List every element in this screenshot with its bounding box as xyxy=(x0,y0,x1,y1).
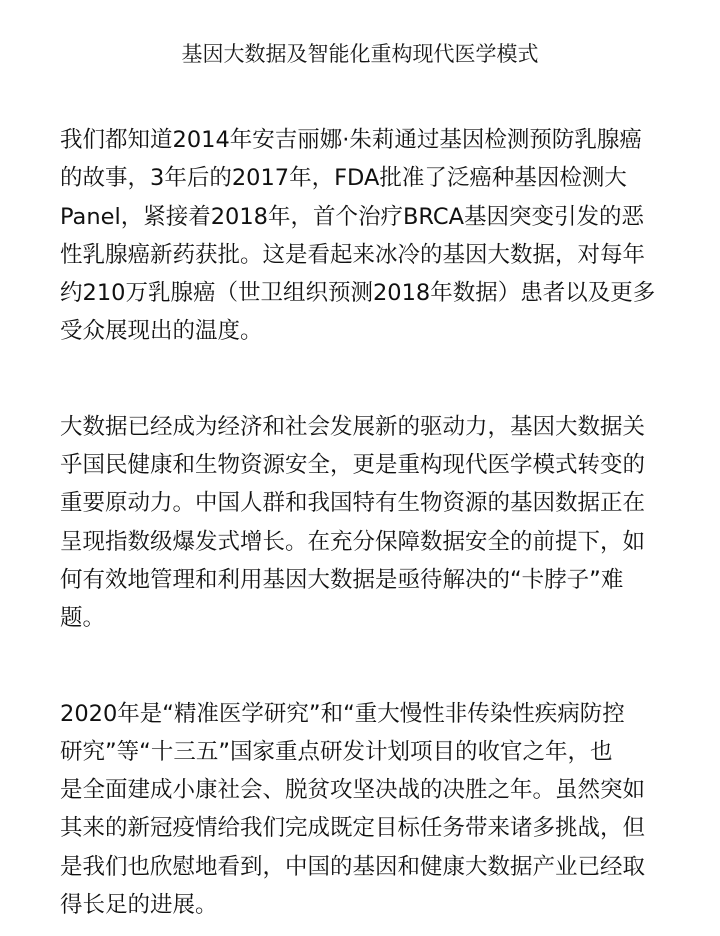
paragraph-2: 大数据已经成为经济和社会发展新的驱动力，基因大数据关 乎国民健康和生物资源安全，… xyxy=(60,408,660,638)
paragraph-line: 大数据已经成为经济和社会发展新的驱动力，基因大数据关 xyxy=(60,408,660,446)
article-body: 我们都知道2014年安吉丽娜·朱莉通过基因检测预防乳腺癌 的故事，3年后的201… xyxy=(60,121,660,924)
paragraph-line: 何有效地管理和利用基因大数据是亟待解决的“卡脖子”难 xyxy=(60,561,660,599)
paragraph-line: 的故事，3年后的2017年，FDA批准了泛癌种基因检测大 xyxy=(60,159,660,197)
article-title: 基因大数据及智能化重构现代医学模式 xyxy=(0,38,720,70)
paragraph-line: 性乳腺癌新药获批。这是看起来冰冷的基因大数据，对每年 xyxy=(60,236,660,274)
paragraph-line: 2020年是“精准医学研究”和“重大慢性非传染性疾病防控 xyxy=(60,695,660,733)
paragraph-line: 是全面建成小康社会、脱贫攻坚决战的决胜之年。虽然突如 xyxy=(60,771,660,809)
paragraph-1: 我们都知道2014年安吉丽娜·朱莉通过基因检测预防乳腺癌 的故事，3年后的201… xyxy=(60,121,660,351)
paragraph-line: 是我们也欣慰地看到，中国的基因和健康大数据产业已经取 xyxy=(60,848,660,886)
paragraph-line: Panel，紧接着2018年，首个治疗BRCA基因突变引发的恶 xyxy=(60,198,660,236)
paragraph-line: 约210万乳腺癌（世卫组织预测2018年数据）患者以及更多 xyxy=(60,274,660,312)
paragraph-line: 我们都知道2014年安吉丽娜·朱莉通过基因检测预防乳腺癌 xyxy=(60,121,660,159)
paragraph-line: 呈现指数级爆发式增长。在充分保障数据安全的前提下，如 xyxy=(60,523,660,561)
paragraph-line: 受众展现出的温度。 xyxy=(60,312,660,350)
paragraph-line: 研究”等“十三五”国家重点研发计划项目的收官之年，也 xyxy=(60,733,660,771)
paragraph-line: 其来的新冠疫情给我们完成既定目标任务带来诸多挑战，但 xyxy=(60,809,660,847)
paragraph-line: 题。 xyxy=(60,599,660,637)
paragraph-line: 重要原动力。中国人群和我国特有生物资源的基因数据正在 xyxy=(60,484,660,522)
paragraph-line: 得长足的进展。 xyxy=(60,886,660,924)
paragraph-3: 2020年是“精准医学研究”和“重大慢性非传染性疾病防控 研究”等“十三五”国家… xyxy=(60,695,660,925)
paragraph-line: 乎国民健康和生物资源安全，更是重构现代医学模式转变的 xyxy=(60,446,660,484)
